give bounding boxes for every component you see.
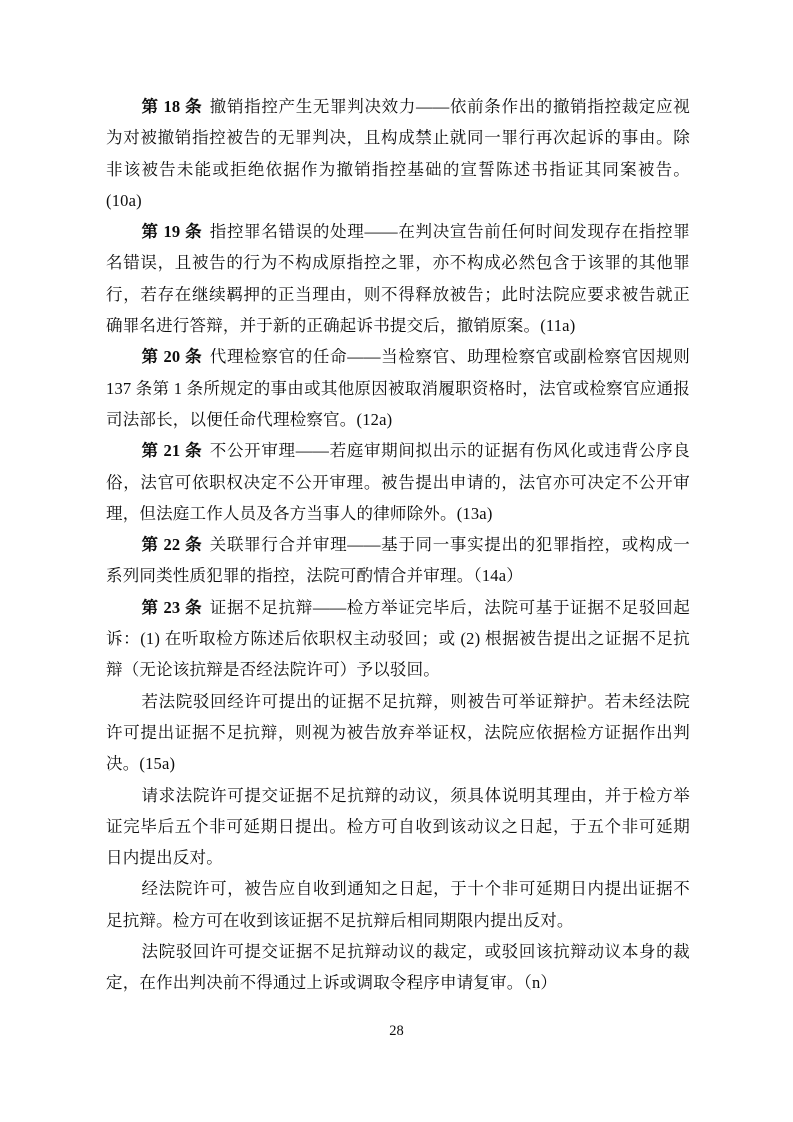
paragraph-article-22: 第 22 条关联罪行合并审理——基于同一事实提出的犯罪指控，或构成一系列同类性质…	[106, 529, 690, 592]
article-23-cont-2-text: 请求法院许可提交证据不足抗辩的动议，须具体说明其理由，并于检方举证完毕后五个非可…	[106, 786, 690, 868]
article-18-number: 第 18 条	[141, 97, 209, 116]
paragraph-article-19: 第 19 条指控罪名错误的处理——在判决宣告前任何时间发现存在指控罪名错误，且被…	[106, 216, 690, 341]
article-22-number: 第 22 条	[141, 535, 209, 554]
paragraph-article-18: 第 18 条撤销指控产生无罪判决效力——依前条作出的撤销指控裁定应视为对被撤销指…	[106, 91, 690, 216]
article-23-cont-1-text: 若法院驳回经许可提出的证据不足抗辩，则被告可举证辩护。若未经法院许可提出证据不足…	[106, 692, 690, 774]
paragraph-article-23-cont-3: 经法院许可，被告应自收到通知之日起，于十个非可延期日内提出证据不足抗辩。检方可在…	[106, 873, 690, 936]
article-21-number: 第 21 条	[141, 441, 209, 460]
article-23-cont-4-text: 法院驳回许可提交证据不足抗辩动议的裁定，或驳回该抗辩动议本身的裁定，在作出判决前…	[106, 942, 690, 992]
document-page: 第 18 条撤销指控产生无罪判决效力——依前条作出的撤销指控裁定应视为对被撤销指…	[0, 0, 793, 1122]
page-number: 28	[0, 1021, 793, 1041]
document-body: 第 18 条撤销指控产生无罪判决效力——依前条作出的撤销指控裁定应视为对被撤销指…	[106, 91, 690, 999]
article-23-cont-3-text: 经法院许可，被告应自收到通知之日起，于十个非可延期日内提出证据不足抗辩。检方可在…	[106, 879, 690, 929]
paragraph-article-21: 第 21 条不公开审理——若庭审期间拟出示的证据有伤风化或违背公序良俗，法官可依…	[106, 435, 690, 529]
paragraph-article-20: 第 20 条代理检察官的任命——当检察官、助理检察官或副检察官因规则 137 条…	[106, 341, 690, 435]
paragraph-article-23-cont-1: 若法院驳回经许可提出的证据不足抗辩，则被告可举证辩护。若未经法院许可提出证据不足…	[106, 686, 690, 780]
article-20-number: 第 20 条	[141, 347, 209, 366]
article-19-number: 第 19 条	[141, 222, 209, 241]
paragraph-article-23-cont-4: 法院驳回许可提交证据不足抗辩动议的裁定，或驳回该抗辩动议本身的裁定，在作出判决前…	[106, 936, 690, 999]
paragraph-article-23: 第 23 条证据不足抗辩——检方举证完毕后，法院可基于证据不足驳回起诉：(1) …	[106, 592, 690, 686]
paragraph-article-23-cont-2: 请求法院许可提交证据不足抗辩的动议，须具体说明其理由，并于检方举证完毕后五个非可…	[106, 780, 690, 874]
article-23-number: 第 23 条	[141, 598, 209, 617]
